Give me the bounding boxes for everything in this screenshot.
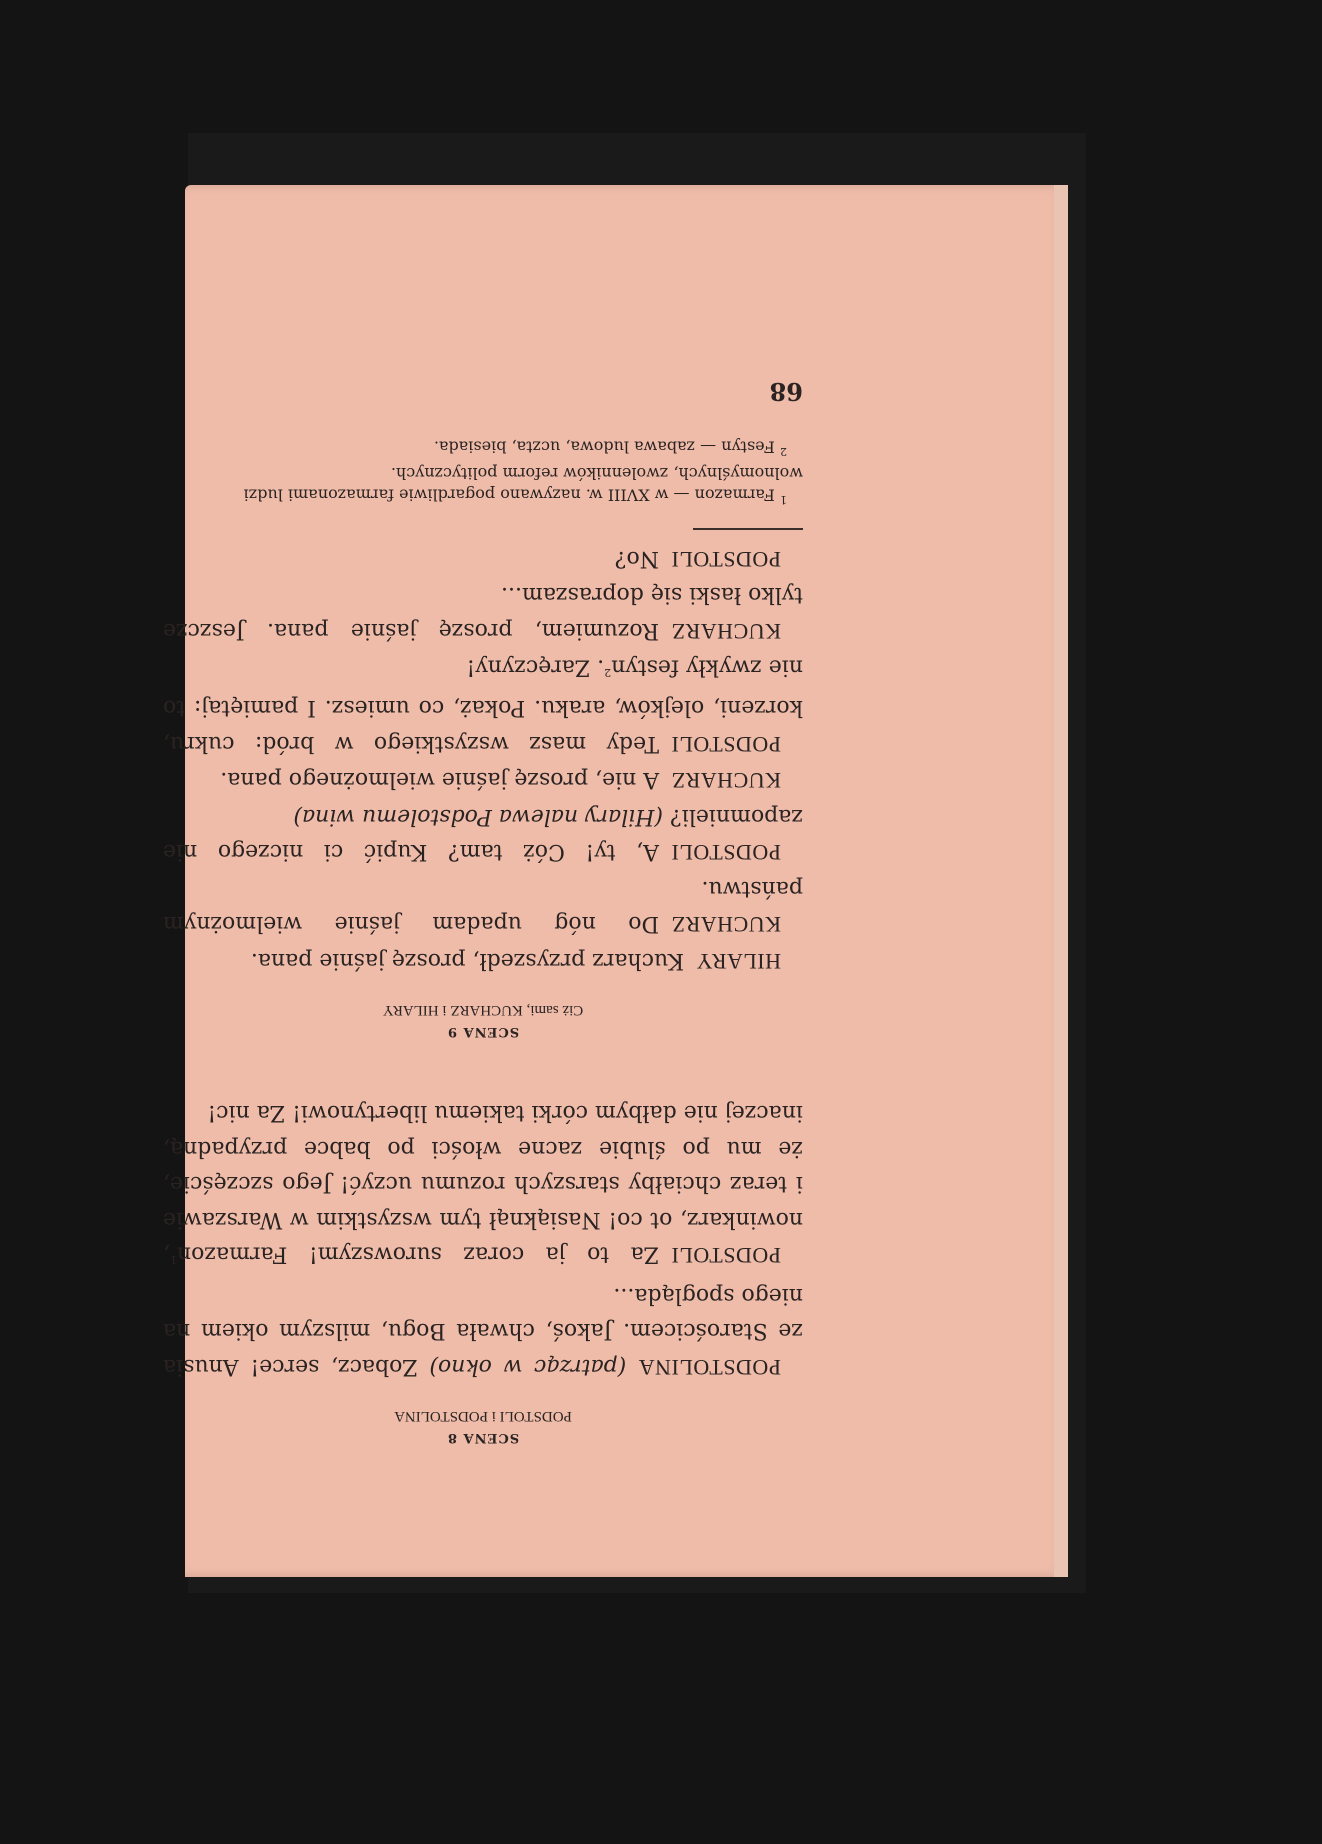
stage-direction: (Hilary nalewa Podstolemu wina) [293, 804, 663, 829]
speaker-name: HILARY [696, 949, 781, 974]
speaker-name: KUCHARZ [671, 619, 781, 644]
book-page: SCENA 8 PODSTOLI i PODSTOLINA PODSTOLINA… [185, 185, 1068, 1577]
speech: PODSTOLINo? [163, 540, 803, 577]
speaker-name: PODSTOLI [671, 840, 781, 865]
speech: PODSTOLIZa to ja coraz surowszym! Farmaz… [163, 1095, 803, 1278]
footnote: 1 Farmazon — w XVIII w. nazywano pogardl… [163, 462, 803, 510]
page-content-rotated: SCENA 8 PODSTOLI i PODSTOLINA PODSTOLINA… [185, 185, 1068, 1577]
scene-8-title: SCENA 8 [163, 1430, 803, 1445]
footnote-mark: 2 [780, 445, 787, 458]
speech-text: Za to ja coraz surowszym! Farmazon [177, 1242, 659, 1267]
speech: KUCHARZDo nóg upadam jaśnie wielmożnym p… [163, 870, 803, 942]
speaker-name: PODSTOLI [671, 732, 781, 757]
speaker-name: KUCHARZ [671, 768, 781, 793]
scene-8-cast: PODSTOLI i PODSTOLINA [163, 1407, 803, 1424]
stage-direction: (patrząc w okno) [429, 1354, 626, 1379]
speech-text: . Zaręczyny! [466, 654, 604, 679]
page-number: 68 [163, 377, 803, 406]
speech: KUCHARZA nie, proszę jaśnie wielmożnego … [163, 762, 803, 799]
speech-text: Kucharz przyszedł, proszę jaśnie pana. [251, 948, 684, 973]
speaker-name: KUCHARZ [671, 912, 781, 937]
footnote-text: Festyn — zabawa ludowa, uczta, biesiada. [434, 438, 775, 457]
footnote-text: Farmazon — w XVIII w. nazywano pogardliw… [244, 464, 803, 505]
speech: HILARYKucharz przyszedł, proszę jaśnie p… [163, 942, 803, 979]
footnote-divider [693, 528, 803, 530]
speech: PODSTOLINA(patrząc w okno) Zobacz, serce… [163, 1278, 803, 1386]
speech: KUCHARZRozumiem, proszę jaśnie pana. Jes… [163, 577, 803, 649]
scene-9-cast: Ciż sami, KUCHARZ i HILARY [163, 1001, 803, 1018]
speech-text: A nie, proszę jaśnie wielmożnego pana. [220, 767, 659, 792]
speech: PODSTOLIA, ty! Cóż tam? Kupić ci niczego… [163, 798, 803, 870]
footnote-ref: 2 [604, 666, 611, 679]
footnote-ref: 1 [170, 1254, 177, 1267]
speaker-name: PODSTOLI [671, 547, 781, 572]
footnote-mark: 1 [780, 493, 787, 506]
speech: PODSTOLITedy masz wszystkiego w bród: cu… [163, 649, 803, 762]
scene-9-title: SCENA 9 [163, 1024, 803, 1039]
footnote: 2 Festyn — zabawa ludowa, uczta, biesiad… [163, 436, 803, 462]
text-block: SCENA 8 PODSTOLI i PODSTOLINA PODSTOLINA… [163, 377, 803, 1445]
speech-text: No? [615, 546, 659, 571]
speaker-name: PODSTOLINA [638, 1355, 781, 1380]
speaker-name: PODSTOLI [671, 1243, 781, 1268]
